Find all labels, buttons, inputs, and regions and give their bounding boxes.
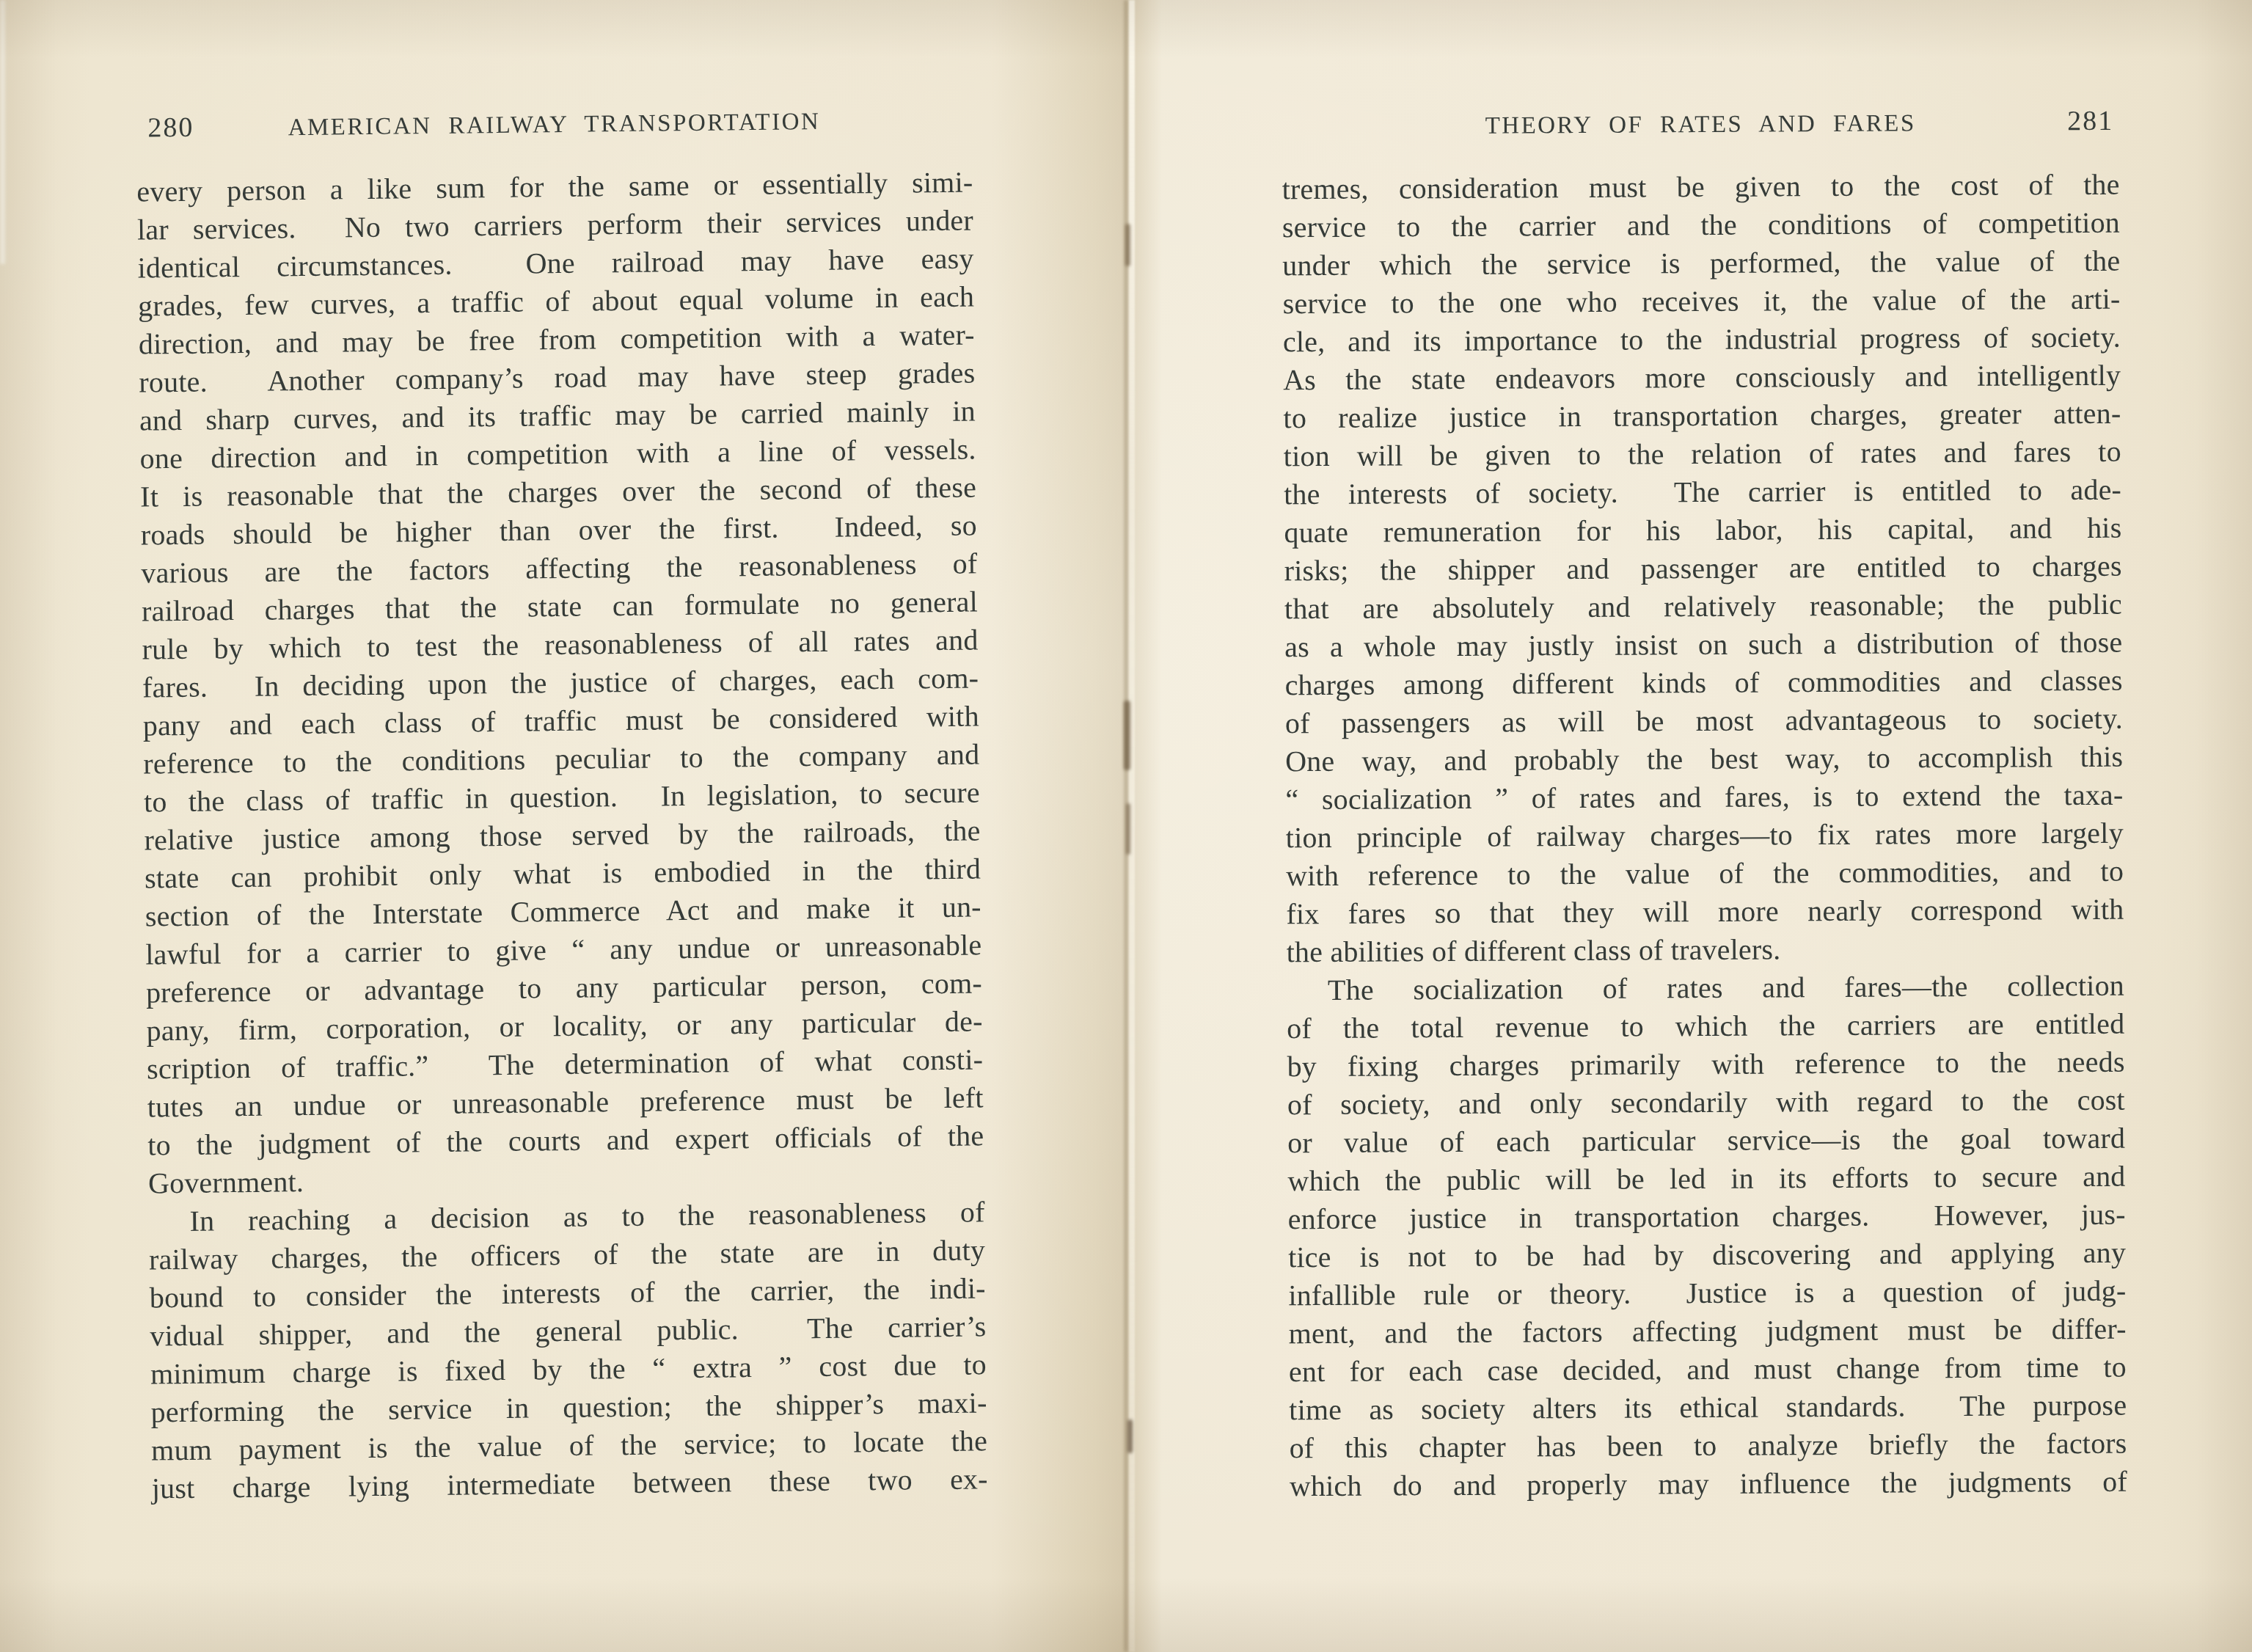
- page-edge-highlight: [0, 0, 5, 264]
- text-line: with reference to the value of the commo…: [1286, 852, 2124, 896]
- text-line: as a whole may justly insist on such a d…: [1284, 624, 2122, 667]
- left-page: 280 AMERICAN RAILWAY TRANSPORTATION ever…: [136, 103, 988, 1507]
- binding-stitch: [1126, 803, 1130, 855]
- page-number-right: 281: [2067, 106, 2113, 136]
- text-line: tremes, consideration must be given to t…: [1282, 166, 2120, 209]
- text-line: service to the one who receives it, the …: [1282, 280, 2120, 324]
- text-line: fix fares so that they will more nearly …: [1286, 891, 2124, 934]
- text-line: enforce justice in transportation charge…: [1288, 1196, 2126, 1239]
- right-page: THEORY OF RATES AND FARES 281 tremes, co…: [1282, 106, 2127, 1506]
- text-line: of this chapter has been to analyze brie…: [1289, 1425, 2127, 1468]
- binding-stitch: [1127, 1419, 1133, 1453]
- binding-stitch: [1124, 701, 1130, 770]
- binding-stitch: [1125, 224, 1130, 266]
- text-line: charges among different kinds of commodi…: [1284, 662, 2122, 705]
- right-running-head: THEORY OF RATES AND FARES 281: [1282, 106, 2119, 141]
- text-line: quate remuneration for his labor, his ca…: [1284, 509, 2121, 552]
- text-line: of the total revenue to which the carrie…: [1287, 1005, 2124, 1048]
- text-line: to realize justice in transportation cha…: [1283, 395, 2121, 438]
- text-line: which do and properly may influence the …: [1290, 1463, 2127, 1506]
- text-line: “ socialization ” of rates and fares, is…: [1285, 776, 2123, 819]
- text-line: under which the service is performed, th…: [1282, 242, 2120, 285]
- running-head-title-left: AMERICAN RAILWAY TRANSPORTATION: [136, 105, 972, 144]
- text-line: of society, and only secondarily with re…: [1287, 1081, 2125, 1125]
- text-line: tice is not to be had by discovering and…: [1288, 1234, 2126, 1277]
- text-line: by fixing charges primarily with referen…: [1287, 1043, 2124, 1086]
- text-line: As the state endeavors more consciously …: [1283, 357, 2121, 400]
- right-page-body: tremes, consideration must be given to t…: [1282, 166, 2127, 1506]
- text-line: cle, and its importance to the industria…: [1283, 318, 2121, 362]
- text-line: the interests of society. The carrier is…: [1284, 471, 2121, 514]
- text-line: that are absolutely and relatively reaso…: [1284, 585, 2122, 629]
- running-head-title-right: THEORY OF RATES AND FARES: [1282, 108, 2119, 142]
- text-line: ent for each case decided, and must chan…: [1289, 1348, 2127, 1392]
- text-line: of passengers as will be most advantageo…: [1285, 700, 2123, 743]
- text-line: risks; the shipper and passenger are ent…: [1284, 547, 2122, 591]
- text-line: ment, and the factors affecting judgment…: [1289, 1310, 2127, 1353]
- text-line: service to the carrier and the condition…: [1282, 204, 2120, 247]
- text-line: tion will be given to the relation of ra…: [1284, 433, 2121, 476]
- text-line: One way, and probably the best way, to a…: [1285, 738, 2123, 781]
- left-running-head: 280 AMERICAN RAILWAY TRANSPORTATION: [136, 103, 972, 142]
- text-line: infallible rule or theory. Justice is a …: [1288, 1272, 2126, 1315]
- left-page-body: every person a like sum for the same or …: [136, 163, 988, 1507]
- book-spread: 280 AMERICAN RAILWAY TRANSPORTATION ever…: [0, 0, 2252, 1652]
- text-line: the abilities of different class of trav…: [1287, 929, 2124, 972]
- text-line: which the public will be led in its effo…: [1287, 1158, 2125, 1201]
- text-line: or value of each particular service—is t…: [1287, 1119, 2125, 1163]
- text-line: The socialization of rates and fares—the…: [1287, 967, 2124, 1010]
- text-line: tion principle of railway charges—to fix…: [1286, 814, 2124, 858]
- text-line: time as society alters its ethical stand…: [1289, 1386, 2127, 1430]
